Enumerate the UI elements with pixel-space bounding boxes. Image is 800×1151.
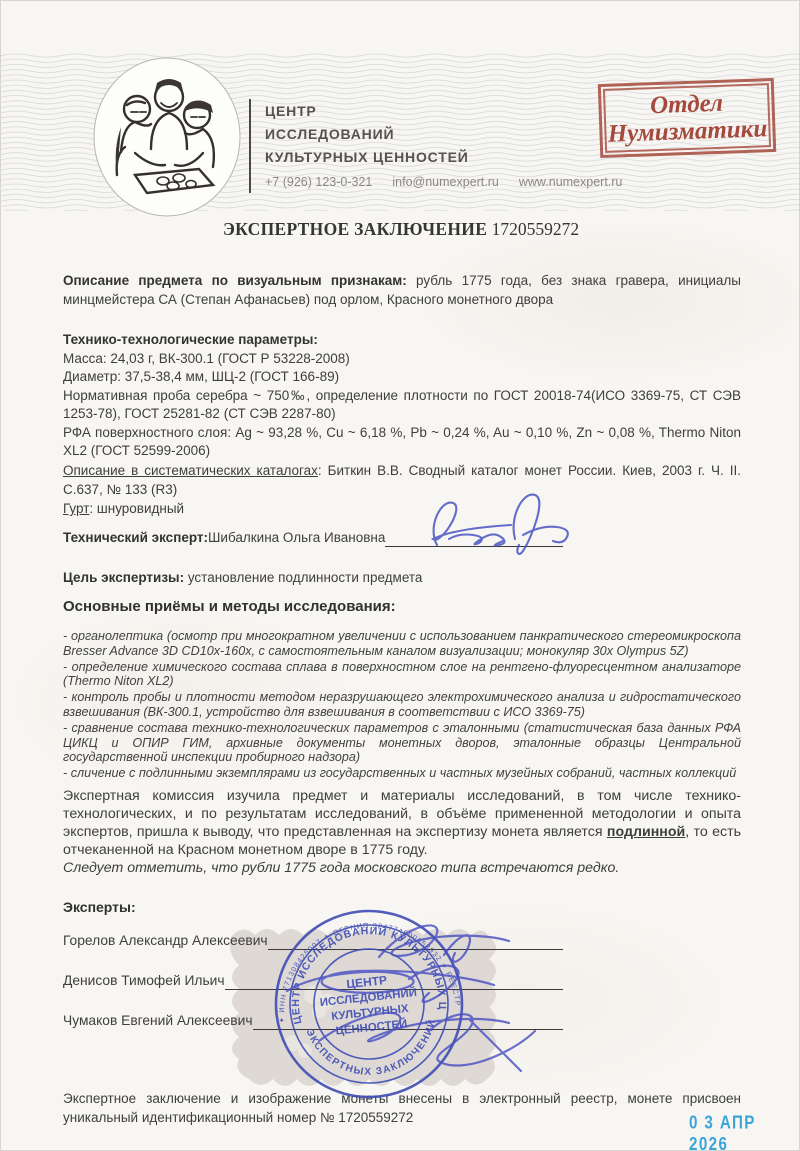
conclusion-verdict: подлинной [607,824,685,840]
title-number: 1720559272 [492,219,580,239]
method-item: - сравнение состава технико-технологичес… [63,721,741,765]
dept-stamp-line2: Нумизматики [607,115,767,148]
dept-stamp-line1: Отдел [650,90,724,120]
tech-params-heading: Технико-технологические параметры: [63,331,741,350]
expert-name: Денисов Тимофей Ильич [63,971,225,990]
org-logo [91,57,243,221]
document-title: ЭКСПЕРТНОЕ ЗАКЛЮЧЕНИЕ 1720559272 [1,219,800,240]
edge-text: : шнуровидный [89,501,184,516]
tech-params-section: Технико-технологические параметры: Масса… [63,331,741,461]
tech-params-xrf: РФА поверхностного слоя: Ag ~ 93,28 %, C… [63,424,741,461]
experts-heading: Эксперты: [63,899,263,915]
org-website: www.numexpert.ru [519,175,623,189]
method-item: - сличение с подлинными экземплярами из … [63,766,741,781]
edge-type: Гурт: шнуровидный [63,499,741,518]
catalog-label: Описание в систематических каталогах [63,463,318,478]
catalog-reference: Описание в систематических каталогах: Би… [63,461,741,499]
technical-expert-label: Технический эксперт: [63,528,208,547]
visual-description-paragraph: Описание предмета по визуальным признака… [63,271,741,309]
expert-name: Горелов Александр Алексеевич [63,931,268,950]
conclusion-paragraph: Экспертная комиссия изучила предмет и ма… [63,787,741,877]
tech-params-diameter: Диаметр: 37,5-38,4 мм, ШЦ-2 (ГОСТ 166-89… [63,368,741,387]
purpose-row: Цель экспертизы: установление подлинност… [63,568,741,587]
purpose-label: Цель экспертизы: [63,570,184,585]
method-item: - определение химического состава сплава… [63,660,741,690]
conclusion-note: Следует отметить, что рубли 1775 года мо… [63,859,741,877]
technical-expert-signature [419,487,589,565]
method-item: - органолептика (осмотр при многократном… [63,629,741,659]
expert-name: Чумаков Евгений Алексеевич [63,1011,253,1030]
title-label: ЭКСПЕРТНОЕ ЗАКЛЮЧЕНИЕ [223,219,487,239]
header-divider [249,99,251,193]
org-name: ЦЕНТР ИССЛЕДОВАНИЙ КУЛЬТУРНЫХ ЦЕННОСТЕЙ [265,100,469,169]
method-item: - контроль пробы и плотности методом нер… [63,690,741,720]
tech-params-assay: Нормативная проба серебра ~ 750‰, опреде… [63,387,741,424]
edge-label: Гурт [63,501,89,516]
org-email: info@numexpert.ru [392,175,499,189]
visual-description-label: Описание предмета по визуальным признака… [63,273,407,288]
experts-signatures [259,919,589,1089]
org-phone: +7 (926) 123-0-321 [265,175,372,189]
tech-params-mass: Масса: 24,03 г, ВК-300.1 (ГОСТ Р 53228-2… [63,350,741,369]
methods-heading: Основные приёмы и методы исследования: [63,598,741,615]
purpose-text: установление подлинности предмета [184,570,422,585]
date-stamp: 0 3 АПР 2026 [689,1113,790,1151]
technical-expert-name: Шибалкина Ольга Ивановна [208,528,385,547]
scanned-expert-report: ЦЕНТР ИССЛЕДОВАНИЙ КУЛЬТУРНЫХ ЦЕННОСТЕЙ … [0,0,800,1151]
methods-list: - органолептика (осмотр при многократном… [63,629,741,782]
numismatics-department-stamp: Отдел Нумизматики [598,78,776,158]
org-contacts: +7 (926) 123-0-321info@numexpert.ruwww.n… [265,175,642,189]
